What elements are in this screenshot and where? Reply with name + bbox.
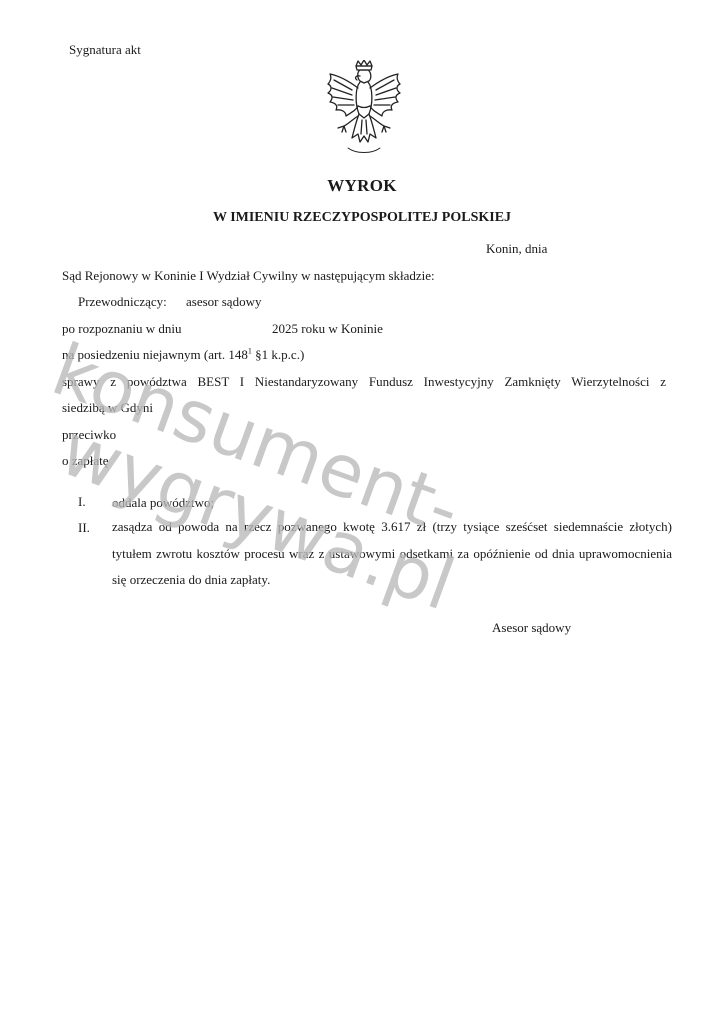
- hearing-date-prefix: po rozpoznaniu w dniu: [62, 321, 182, 337]
- document-subtitle: W IMIENIU RZECZYPOSPOLITEJ POLSKIEJ: [0, 210, 724, 226]
- place-date: Konin, dnia: [486, 241, 547, 257]
- ruling-number: I.: [78, 494, 86, 510]
- case-parties: sprawy z powództwa BEST I Niestandaryzow…: [62, 374, 666, 390]
- court-composition: Sąd Rejonowy w Koninie I Wydział Cywilny…: [62, 268, 435, 284]
- chair-value: asesor sądowy: [186, 294, 261, 310]
- session-type: na posiedzeniu niejawnym (art. 1481 §1 k…: [62, 347, 304, 363]
- case-subject: o zapłatę: [62, 453, 109, 469]
- polish-eagle-emblem-icon: [322, 60, 406, 160]
- ruling-text: zasądza od powoda na rzecz pozwanego kwo…: [112, 514, 672, 594]
- document-title: WYROK: [0, 176, 724, 196]
- plaintiff-seat: siedzibą w Gdyni: [62, 400, 153, 416]
- judge-signature: Asesor sądowy: [492, 620, 571, 636]
- against-label: przeciwko: [62, 427, 116, 443]
- chair-label: Przewodniczący:: [78, 294, 167, 310]
- ruling-text: oddala powództwo;: [112, 494, 672, 512]
- document-page: Sygnatura akt WYROK: [0, 0, 724, 1024]
- case-signature-label: Sygnatura akt: [69, 42, 141, 58]
- hearing-date-suffix: 2025 roku w Koninie: [272, 321, 383, 337]
- ruling-number: II.: [78, 520, 90, 536]
